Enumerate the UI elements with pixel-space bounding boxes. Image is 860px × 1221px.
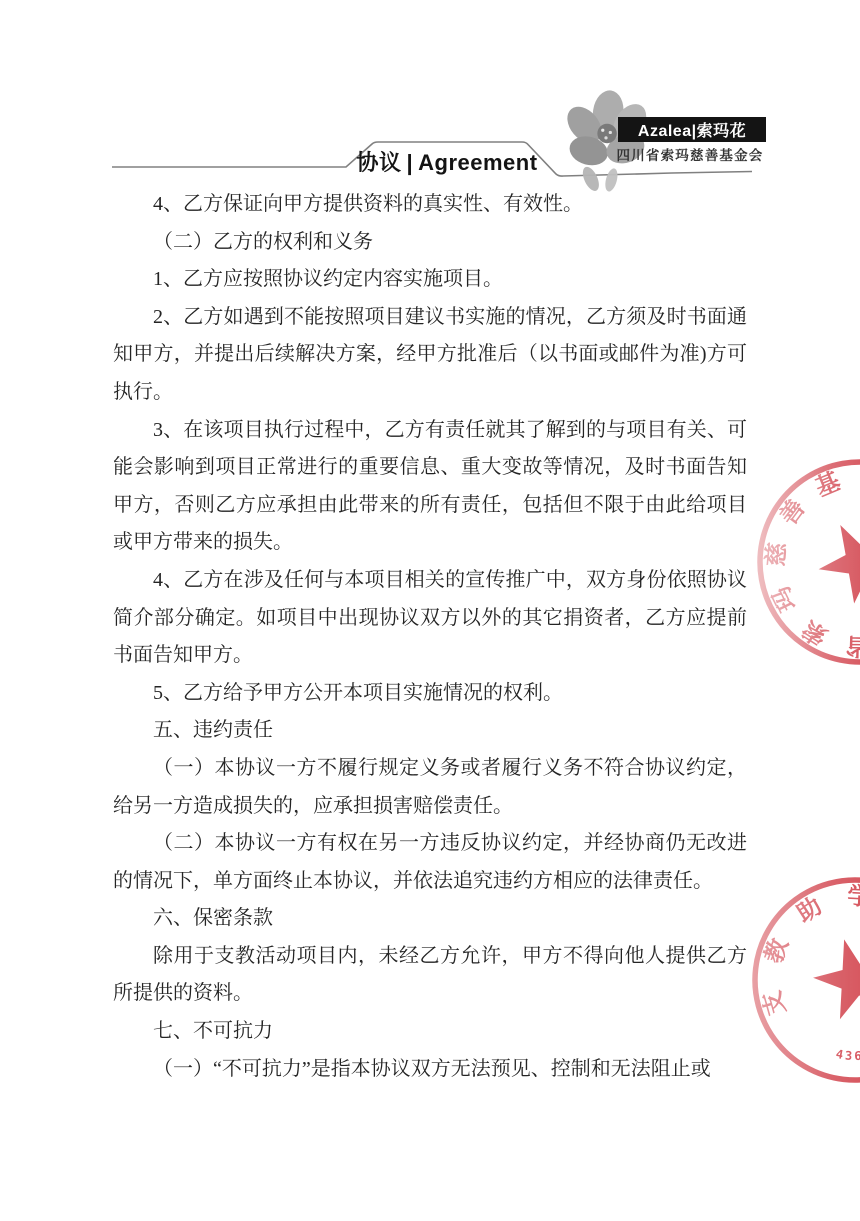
- brand-text: Azalea|索玛花: [638, 118, 746, 141]
- org-name: 四川省索玛慈善基金会: [612, 144, 768, 164]
- paragraph: （一）“不可抗力”是指本协议双方无法预见、控制和无法阻止或: [113, 1051, 747, 1089]
- paragraph: （一）本协议一方不履行规定义务或者履行义务不符合协议约定，给另一方造成损失的，应…: [113, 750, 747, 825]
- paragraph: 4、乙方在涉及任何与本项目相关的宣传推广中，双方身份依照协议简介部分确定。如项目…: [113, 562, 747, 675]
- paragraph: （二）乙方的权利和义务: [113, 224, 747, 262]
- red-round-seal-association: 支教助学协会 43690001: [740, 865, 860, 1095]
- foundation-logo: Azalea|索玛花 四川省索玛慈善基金会: [552, 88, 768, 196]
- section-heading: 五、违约责任: [113, 712, 747, 750]
- svg-text:43690001: 43690001: [831, 1028, 860, 1070]
- banner-title: 协议|Agreement: [356, 146, 538, 177]
- document-page: 协议|Agreement Azalea|索玛花 四川省索玛慈善基金会: [0, 0, 860, 1221]
- paragraph: 1、乙方应按照协议约定内容实施项目。: [113, 261, 747, 299]
- paragraph: 除用于支教活动项目内，未经乙方允许，甲方不得向他人提供乙方所提供的资料。: [113, 938, 747, 1013]
- banner-title-zh: 协议: [356, 150, 401, 175]
- paragraph: 3、在该项目执行过程中，乙方有责任就其了解到的与项目有关、可能会影响到项目正常进…: [113, 412, 747, 562]
- section-heading: 六、保密条款: [113, 900, 747, 938]
- banner-title-en: Agreement: [418, 150, 537, 175]
- banner-title-separator: |: [401, 150, 418, 175]
- brand-box: Azalea|索玛花: [618, 117, 766, 142]
- red-round-seal-charity: 四川省索玛慈善基金会: [745, 447, 860, 677]
- seal-star-icon: [806, 929, 860, 1023]
- paragraph: 5、乙方给予甲方公开本项目实施情况的权利。: [113, 675, 747, 713]
- seal-serial-number: 43690001: [831, 1028, 860, 1070]
- section-heading: 七、不可抗力: [113, 1013, 747, 1051]
- agreement-body: 4、乙方保证向甲方提供资料的真实性、有效性。 （二）乙方的权利和义务 1、乙方应…: [113, 186, 747, 1088]
- seal-star-icon: [812, 517, 860, 609]
- paragraph: 4、乙方保证向甲方提供资料的真实性、有效性。: [113, 186, 747, 224]
- paragraph: 2、乙方如遇到不能按照项目建议书实施的情况，乙方须及时书面通知甲方，并提出后续解…: [113, 299, 747, 412]
- paragraph: （二）本协议一方有权在另一方违反协议约定，并经协商仍无改进的情况下，单方面终止本…: [113, 825, 747, 900]
